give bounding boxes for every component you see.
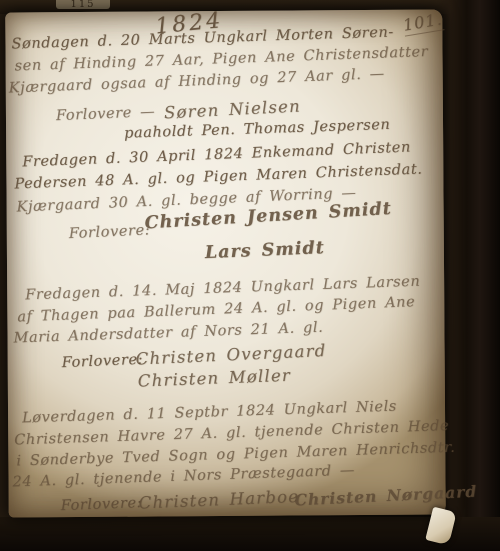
entry-3-signature-1: Christen Overgaard bbox=[135, 341, 327, 369]
entry-3-forlovere-label: Forlovere: bbox=[61, 352, 143, 371]
entry-2-signature-2: Lars Smidt bbox=[205, 238, 326, 263]
book-edge-bottom bbox=[0, 517, 500, 551]
entry-2-forlovere-label: Forlovere: bbox=[68, 222, 150, 242]
prev-page-fragment: 115 bbox=[56, 0, 110, 9]
entry-1-forlovere-label: Forlovere — bbox=[56, 104, 156, 124]
entry-3-signature-2: Christen Møller bbox=[137, 366, 291, 391]
scanned-register-photo: 115 1824 101. Søndagen d. 20 Marts Ungka… bbox=[0, 0, 500, 551]
entry-4-signature-1: Christen Harboe bbox=[138, 487, 299, 513]
book-spine-edge bbox=[436, 0, 500, 551]
page-number: 101. bbox=[402, 9, 445, 36]
entry-1-signature-1: Søren Nielsen bbox=[163, 97, 301, 123]
manuscript-page: 1824 101. Søndagen d. 20 Marts Ungkarl M… bbox=[5, 9, 446, 517]
entry-4-forlovere-label: Forlovere: bbox=[60, 495, 142, 514]
